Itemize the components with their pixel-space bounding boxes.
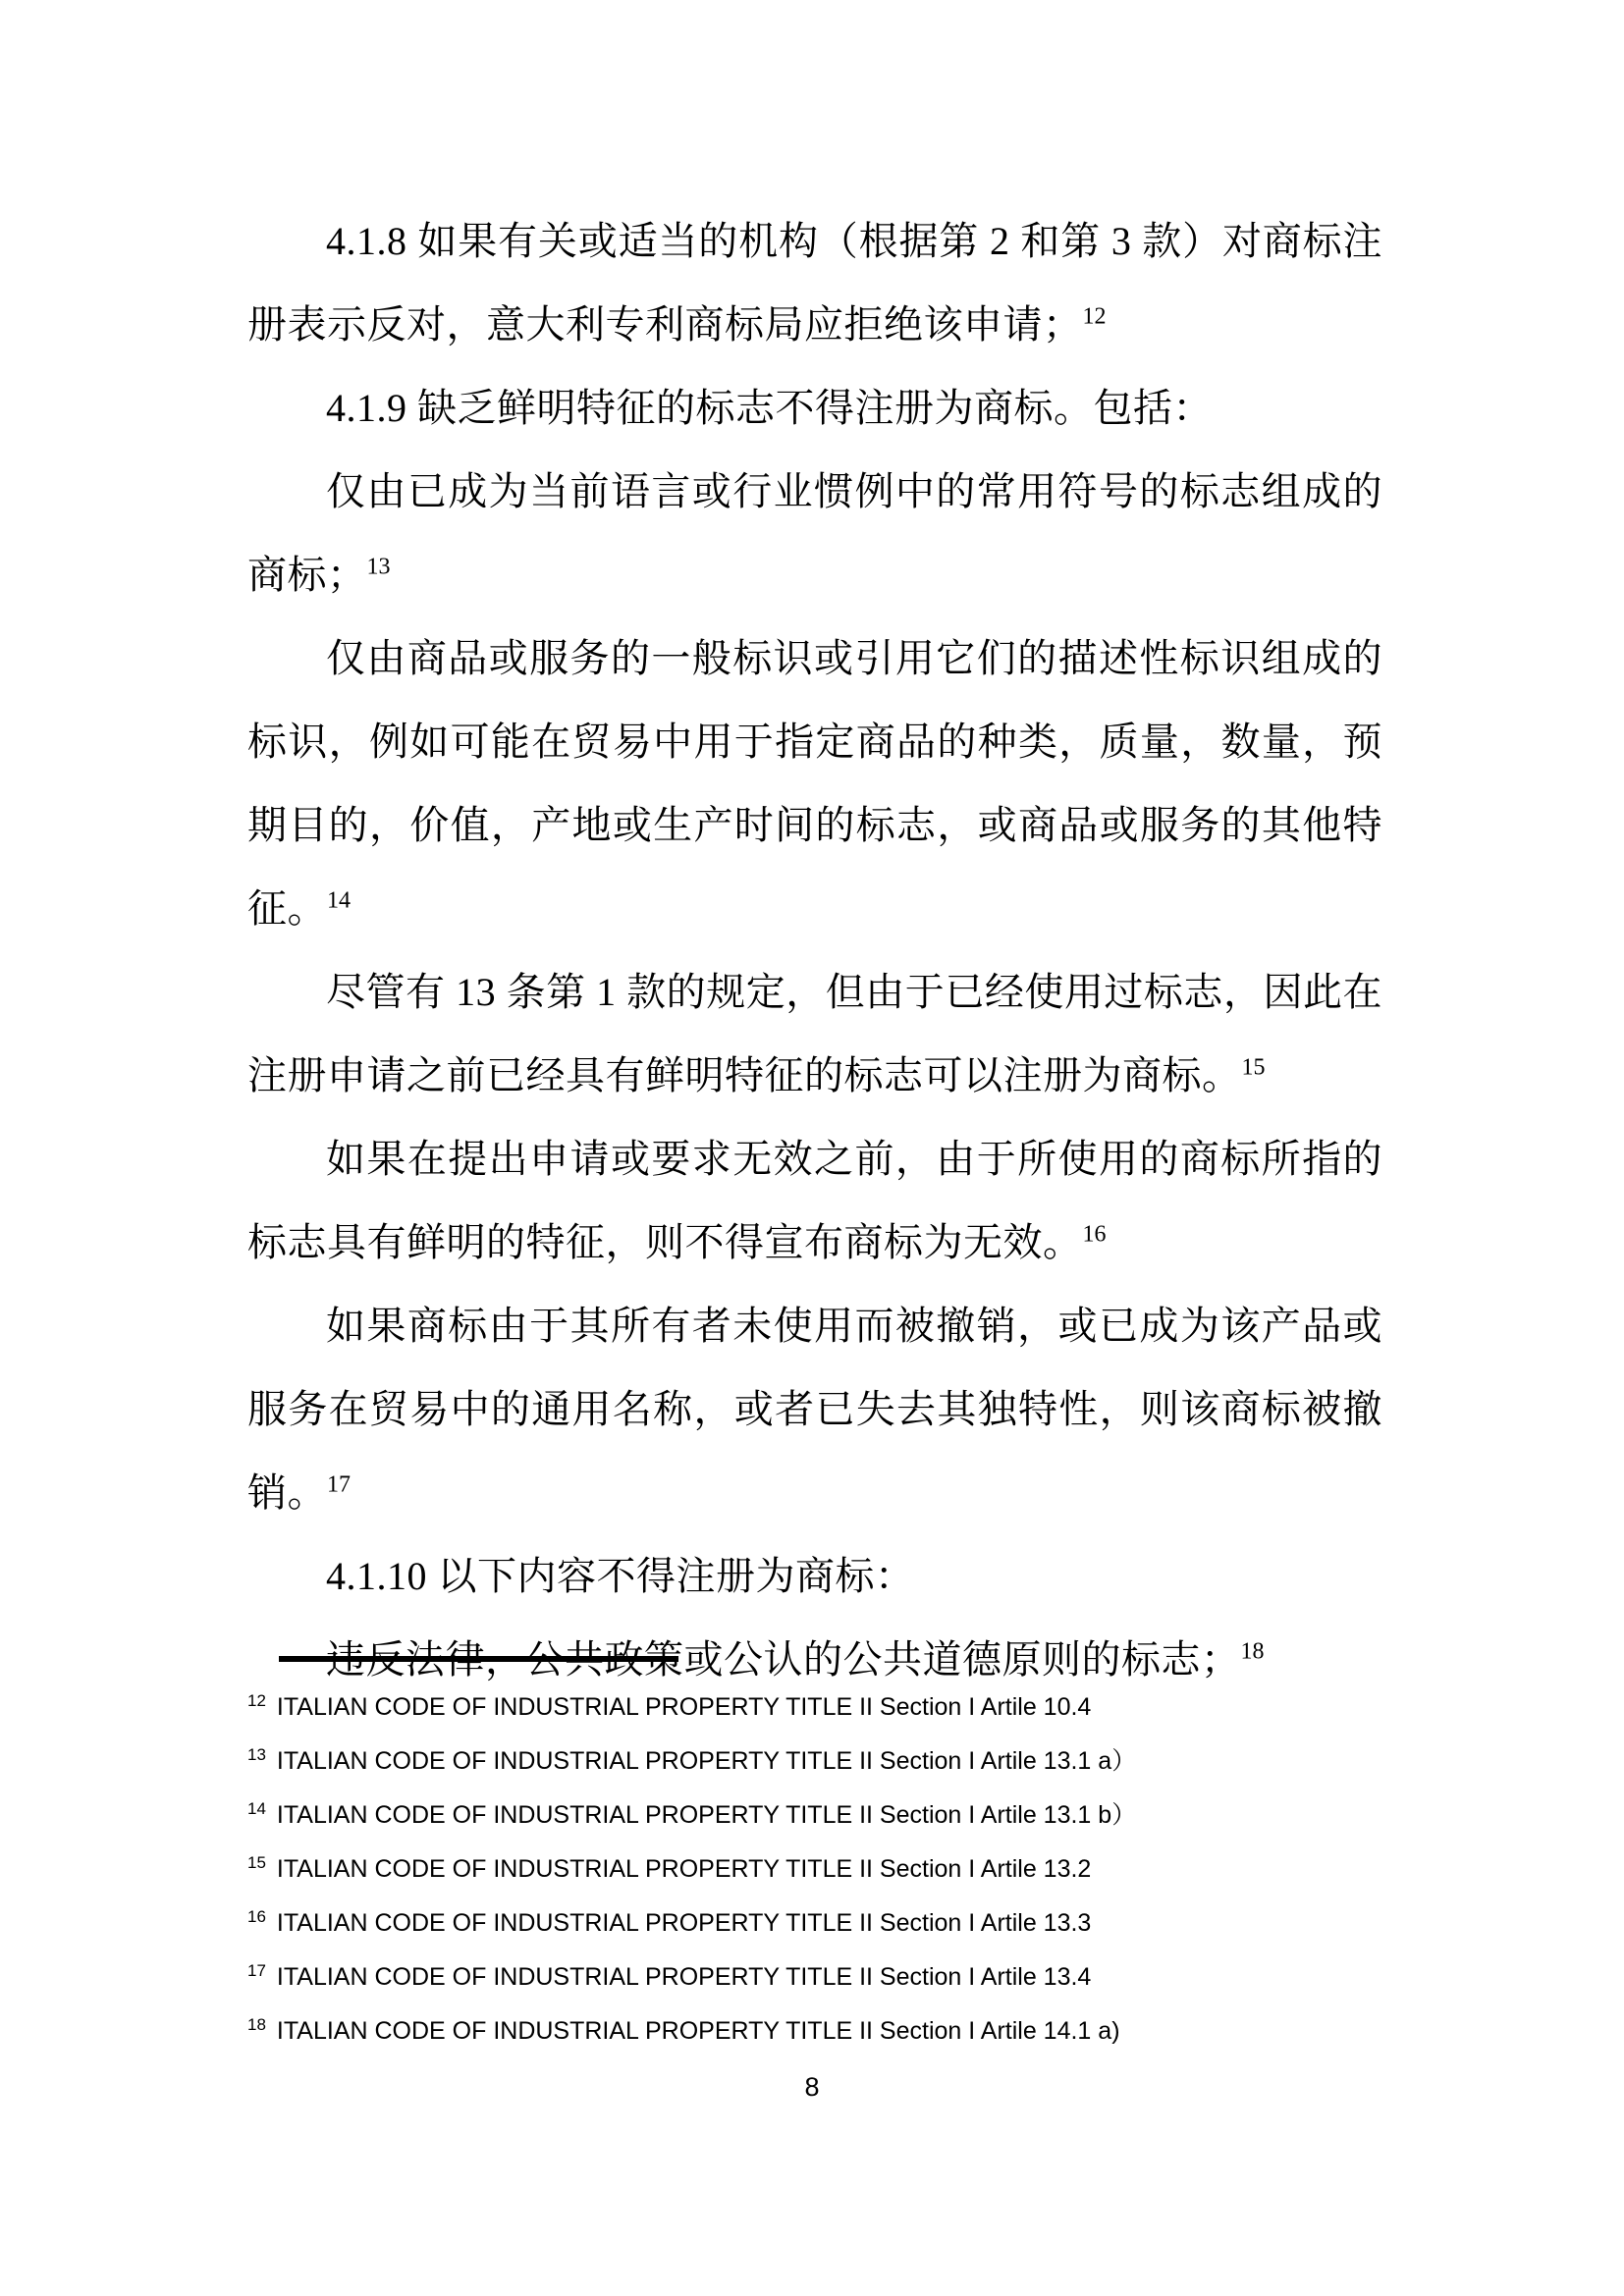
footnote-item: 13ITALIAN CODE OF INDUSTRIAL PROPERTY TI… — [247, 1735, 1382, 1789]
footnote-number: 14 — [247, 1799, 266, 1818]
paragraph-text: 如果在提出申请或要求无效之前，由于所使用的商标所指的标志具有鲜明的特征，则不得宣… — [247, 1137, 1382, 1264]
footnote-ref: 15 — [1242, 1055, 1266, 1081]
footnote-ref: 13 — [367, 555, 391, 580]
body-paragraph: 4.1.8 如果有关或适当的机构（根据第 2 和第 3 款）对商标注册表示反对，… — [247, 199, 1382, 366]
footnote-text: ITALIAN CODE OF INDUSTRIAL PROPERTY TITL… — [277, 1801, 1136, 1829]
footnote-ref: 14 — [327, 888, 351, 914]
footnote-ref: 17 — [327, 1472, 351, 1498]
footnote-number: 16 — [247, 1907, 266, 1926]
footnote-number: 17 — [247, 1961, 266, 1980]
paragraph-text: 4.1.10 以下内容不得注册为商标： — [326, 1554, 915, 1598]
body-paragraph: 4.1.10 以下内容不得注册为商标： — [247, 1534, 1382, 1618]
footnote-ref: 16 — [1083, 1222, 1107, 1248]
paragraph-text: 仅由已成为当前语言或行业惯例中的常用符号的标志组成的商标； — [247, 469, 1382, 597]
footnote-text: ITALIAN CODE OF INDUSTRIAL PROPERTY TITL… — [277, 1909, 1091, 1937]
footnote-number: 12 — [247, 1691, 266, 1710]
document-body: 4.1.8 如果有关或适当的机构（根据第 2 和第 3 款）对商标注册表示反对，… — [247, 199, 1382, 1701]
page-number: 8 — [0, 2067, 1624, 2107]
footnote-number: 13 — [247, 1745, 266, 1764]
footnotes-section: 12ITALIAN CODE OF INDUSTRIAL PROPERTY TI… — [247, 1681, 1382, 2058]
body-paragraph: 如果在提出申请或要求无效之前，由于所使用的商标所指的标志具有鲜明的特征，则不得宣… — [247, 1117, 1382, 1284]
footnote-text: ITALIAN CODE OF INDUSTRIAL PROPERTY TITL… — [277, 1855, 1091, 1883]
paragraph-text: 如果商标由于其所有者未使用而被撤销，或已成为该产品或服务在贸易中的通用名称，或者… — [247, 1304, 1382, 1515]
footnote-item: 18ITALIAN CODE OF INDUSTRIAL PROPERTY TI… — [247, 2004, 1382, 2058]
body-paragraph: 尽管有 13 条第 1 款的规定，但由于已经使用过标志，因此在注册申请之前已经具… — [247, 950, 1382, 1117]
footnote-text: ITALIAN CODE OF INDUSTRIAL PROPERTY TITL… — [277, 1693, 1091, 1721]
footnote-number: 18 — [247, 2015, 266, 2034]
footnote-item: 12ITALIAN CODE OF INDUSTRIAL PROPERTY TI… — [247, 1681, 1382, 1735]
body-paragraph: 4.1.9 缺乏鲜明特征的标志不得注册为商标。包括： — [247, 366, 1382, 450]
paragraph-text: 仅由商品或服务的一般标识或引用它们的描述性标识组成的标识，例如可能在贸易中用于指… — [247, 636, 1382, 931]
footnote-item: 17ITALIAN CODE OF INDUSTRIAL PROPERTY TI… — [247, 1950, 1382, 2004]
body-paragraph: 仅由已成为当前语言或行业惯例中的常用符号的标志组成的商标；13 — [247, 450, 1382, 616]
footnote-text: ITALIAN CODE OF INDUSTRIAL PROPERTY TITL… — [277, 1963, 1091, 1991]
footnote-item: 14ITALIAN CODE OF INDUSTRIAL PROPERTY TI… — [247, 1789, 1382, 1842]
footnote-item: 15ITALIAN CODE OF INDUSTRIAL PROPERTY TI… — [247, 1842, 1382, 1896]
footnote-text: ITALIAN CODE OF INDUSTRIAL PROPERTY TITL… — [277, 2017, 1120, 2045]
body-paragraph: 如果商标由于其所有者未使用而被撤销，或已成为该产品或服务在贸易中的通用名称，或者… — [247, 1284, 1382, 1534]
paragraph-text: 4.1.9 缺乏鲜明特征的标志不得注册为商标。包括： — [326, 386, 1213, 430]
footnote-text: ITALIAN CODE OF INDUSTRIAL PROPERTY TITL… — [277, 1747, 1136, 1775]
paragraph-text: 4.1.8 如果有关或适当的机构（根据第 2 和第 3 款）对商标注册表示反对，… — [247, 219, 1382, 347]
footnote-ref: 18 — [1241, 1639, 1265, 1665]
document-page: 4.1.8 如果有关或适当的机构（根据第 2 和第 3 款）对商标注册表示反对，… — [0, 0, 1624, 2296]
footnote-number: 15 — [247, 1853, 266, 1872]
footnote-separator-line — [279, 1656, 678, 1662]
footnote-item: 16ITALIAN CODE OF INDUSTRIAL PROPERTY TI… — [247, 1896, 1382, 1950]
paragraph-text: 尽管有 13 条第 1 款的规定，但由于已经使用过标志，因此在注册申请之前已经具… — [247, 970, 1382, 1097]
body-paragraph: 仅由商品或服务的一般标识或引用它们的描述性标识组成的标识，例如可能在贸易中用于指… — [247, 616, 1382, 950]
footnote-ref: 12 — [1083, 304, 1107, 330]
